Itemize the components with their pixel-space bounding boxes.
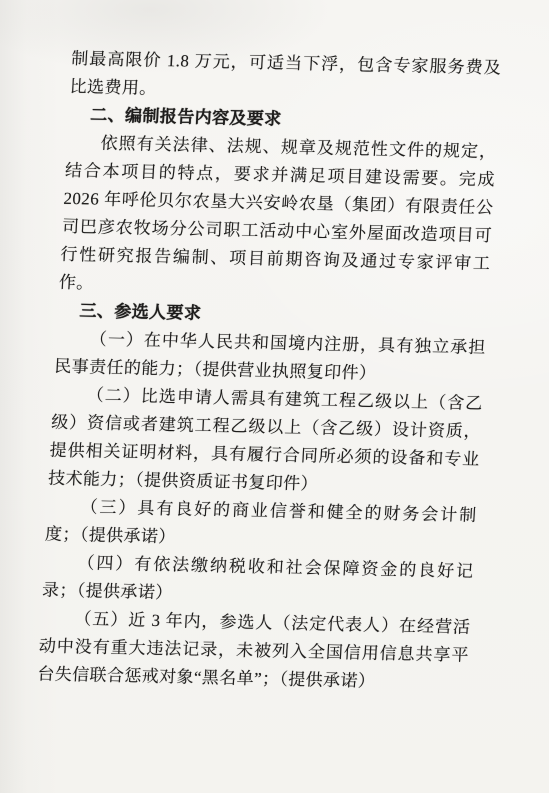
requirement-reputation: （三）具有良好的商业信誉和健全的财务会计制度；（提供承诺） xyxy=(44,493,477,558)
requirement-qualification: （二）比选申请人需具有建筑工程乙级以上（含乙级）资信或者建筑工程乙级以上（含乙级… xyxy=(47,381,483,502)
requirement-no-violation: （五）近 3 年内，参选人（法定代表人）在经营活动中没有重大违法记录，未被列入全… xyxy=(37,604,472,697)
document-text-block: 制最高限价 1.8 万元，可适当下浮，包含专家服务费及比选费用。 二、编制报告内… xyxy=(37,45,502,698)
paragraph-price-limit-continuation: 制最高限价 1.8 万元，可适当下浮，包含专家服务费及比选费用。 xyxy=(69,45,502,110)
document-page: 制最高限价 1.8 万元，可适当下浮，包含专家服务费及比选费用。 二、编制报告内… xyxy=(0,0,549,793)
paragraph-report-scope: 依照有关法律、法规、规章及规范性文件的规定，结合本项目的特点，要求并满足项目建设… xyxy=(58,129,497,306)
requirement-tax-record: （四）有依法缴纳税收和社会保障资金的良好记录；（提供承诺） xyxy=(41,549,474,614)
requirement-registration: （一）在中华人民共和国境内注册，具有独立承担民事责任的能力；（提供营业执照复印件… xyxy=(54,325,487,390)
